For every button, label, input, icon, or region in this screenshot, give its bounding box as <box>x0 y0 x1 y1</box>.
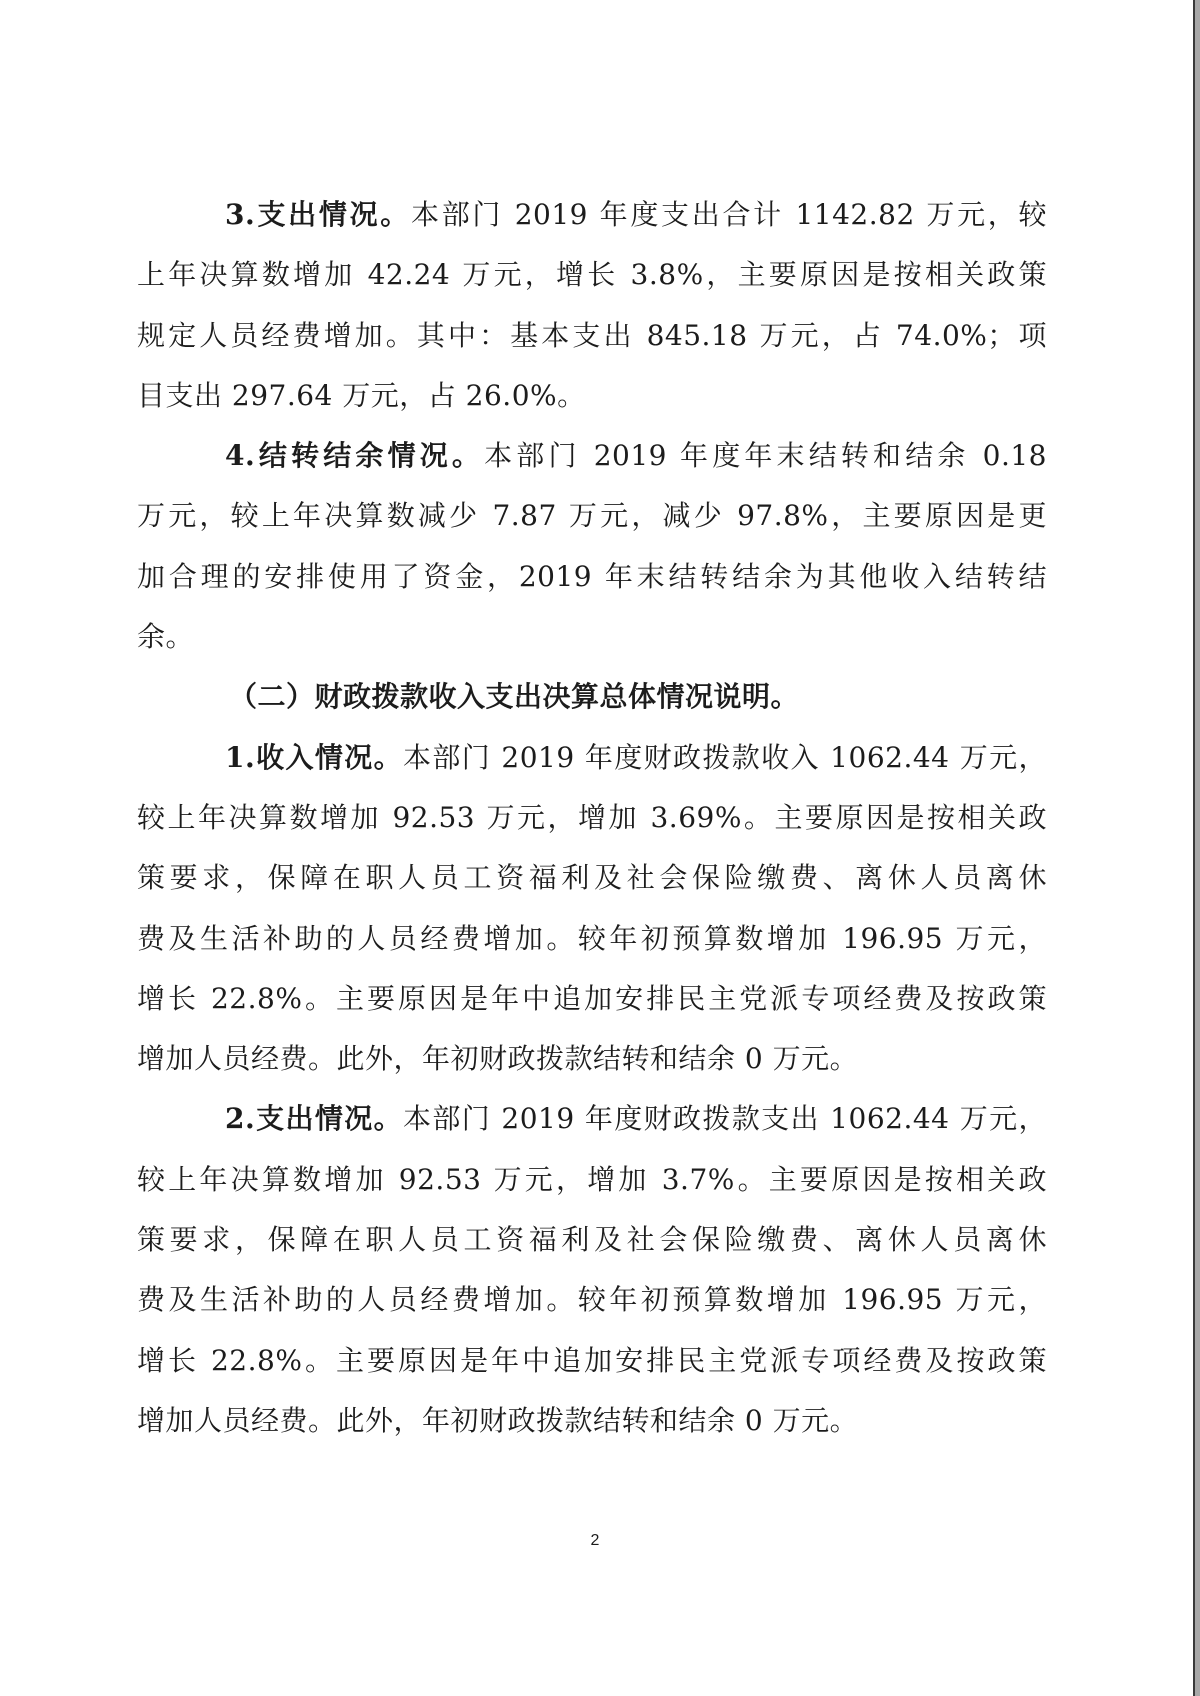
page-number: 2 <box>585 1532 605 1550</box>
paragraph-expenditure: 3.支出情况。本部门 2019 年度支出合计 1142.82 万元，较 上年决算… <box>137 185 1047 426</box>
paragraph-line: 策要求，保障在职人员工资福利及社会保险缴费、离休人员离休 <box>137 1210 1047 1270</box>
paragraph-line: 费及生活补助的人员经费增加。较年初预算数增加 196.95 万元， <box>137 1270 1047 1330</box>
paragraph-line: 目支出 297.64 万元，占 26.0%。 <box>137 366 1047 426</box>
paragraph-line: 增加人员经费。此外，年初财政拨款结转和结余 0 万元。 <box>137 1029 1047 1089</box>
paragraph-line: 策要求，保障在职人员工资福利及社会保险缴费、离休人员离休 <box>137 848 1047 908</box>
paragraph-line: 增加人员经费。此外，年初财政拨款结转和结余 0 万元。 <box>137 1391 1047 1451</box>
paragraph-line: 费及生活补助的人员经费增加。较年初预算数增加 196.95 万元， <box>137 909 1047 969</box>
document-body: 3.支出情况。本部门 2019 年度支出合计 1142.82 万元，较 上年决算… <box>137 185 1047 1451</box>
paragraph-line: 较上年决算数增加 92.53 万元，增加 3.7%。主要原因是按相关政 <box>137 1150 1047 1210</box>
paragraph-line: 余。 <box>137 607 1047 667</box>
paragraph-line: 加合理的安排使用了资金，2019 年末结转结余为其他收入结转结 <box>137 547 1047 607</box>
document-page: 3.支出情况。本部门 2019 年度支出合计 1142.82 万元，较 上年决算… <box>0 0 1194 1696</box>
paragraph-lead: 3.支出情况。 <box>225 198 411 231</box>
paragraph-lead: 4.结转结余情况。 <box>225 439 484 472</box>
paragraph-line: 增长 22.8%。主要原因是年中追加安排民主党派专项经费及按政策 <box>137 969 1047 1029</box>
paragraph-line: 4.结转结余情况。本部门 2019 年度年末结转和结余 0.18 <box>137 426 1047 486</box>
paragraph-fiscal-expenditure: 2.支出情况。本部门 2019 年度财政拨款支出 1062.44 万元， 较上年… <box>137 1089 1047 1451</box>
scan-edge-border <box>1195 0 1200 1696</box>
paragraph-lead: 2.支出情况。 <box>225 1102 403 1135</box>
paragraph-carryover: 4.结转结余情况。本部门 2019 年度年末结转和结余 0.18 万元，较上年决… <box>137 426 1047 667</box>
paragraph-line: 上年决算数增加 42.24 万元，增长 3.8%，主要原因是按相关政策 <box>137 245 1047 305</box>
paragraph-lead: 1.收入情况。 <box>225 741 403 774</box>
paragraph-line: 万元，较上年决算数减少 7.87 万元，减少 97.8%，主要原因是更 <box>137 486 1047 546</box>
section-heading: （二）财政拨款收入支出决算总体情况说明。 <box>137 667 1047 727</box>
paragraph-fiscal-income: 1.收入情况。本部门 2019 年度财政拨款收入 1062.44 万元， 较上年… <box>137 728 1047 1090</box>
paragraph-line: 较上年决算数增加 92.53 万元，增加 3.69%。主要原因是按相关政 <box>137 788 1047 848</box>
paragraph-line: 3.支出情况。本部门 2019 年度支出合计 1142.82 万元，较 <box>137 185 1047 245</box>
paragraph-line: 规定人员经费增加。其中：基本支出 845.18 万元，占 74.0%；项 <box>137 306 1047 366</box>
paragraph-line: 2.支出情况。本部门 2019 年度财政拨款支出 1062.44 万元， <box>137 1089 1047 1149</box>
paragraph-line: 1.收入情况。本部门 2019 年度财政拨款收入 1062.44 万元， <box>137 728 1047 788</box>
paragraph-line: 增长 22.8%。主要原因是年中追加安排民主党派专项经费及按政策 <box>137 1331 1047 1391</box>
